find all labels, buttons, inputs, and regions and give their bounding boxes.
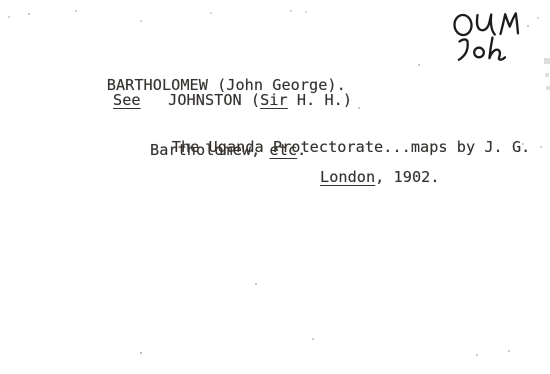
- title-continuation: Bartholomew,: [150, 141, 270, 159]
- imprint-line: London, 1902.: [320, 170, 440, 185]
- see-label: See: [113, 91, 141, 109]
- reference-name: JOHNSTON (: [141, 91, 261, 109]
- place-label: London: [320, 168, 375, 186]
- see-reference-line: See JOHNSTON (Sir H. H.): [113, 93, 352, 108]
- hand-letter-U: [477, 15, 495, 35]
- catalog-card: BARTHOLOMEW (John George). See JOHNSTON …: [0, 0, 550, 374]
- scan-noise-specks: [0, 0, 2, 2]
- etc-label: etc: [270, 141, 298, 159]
- hand-letter-o: [474, 48, 484, 58]
- hand-letter-O: [454, 14, 472, 35]
- date-text: , 1902.: [375, 168, 439, 186]
- handwritten-classmark: [448, 8, 528, 66]
- sir-label: Sir: [260, 91, 288, 109]
- etc-period: .: [297, 141, 306, 159]
- hand-letter-J: [459, 39, 468, 59]
- title-line-2: Bartholomew, etc.: [150, 143, 306, 158]
- reference-name-end: H. H.): [288, 91, 352, 109]
- hand-letter-M: [501, 13, 519, 34]
- hand-letter-h: [489, 38, 505, 60]
